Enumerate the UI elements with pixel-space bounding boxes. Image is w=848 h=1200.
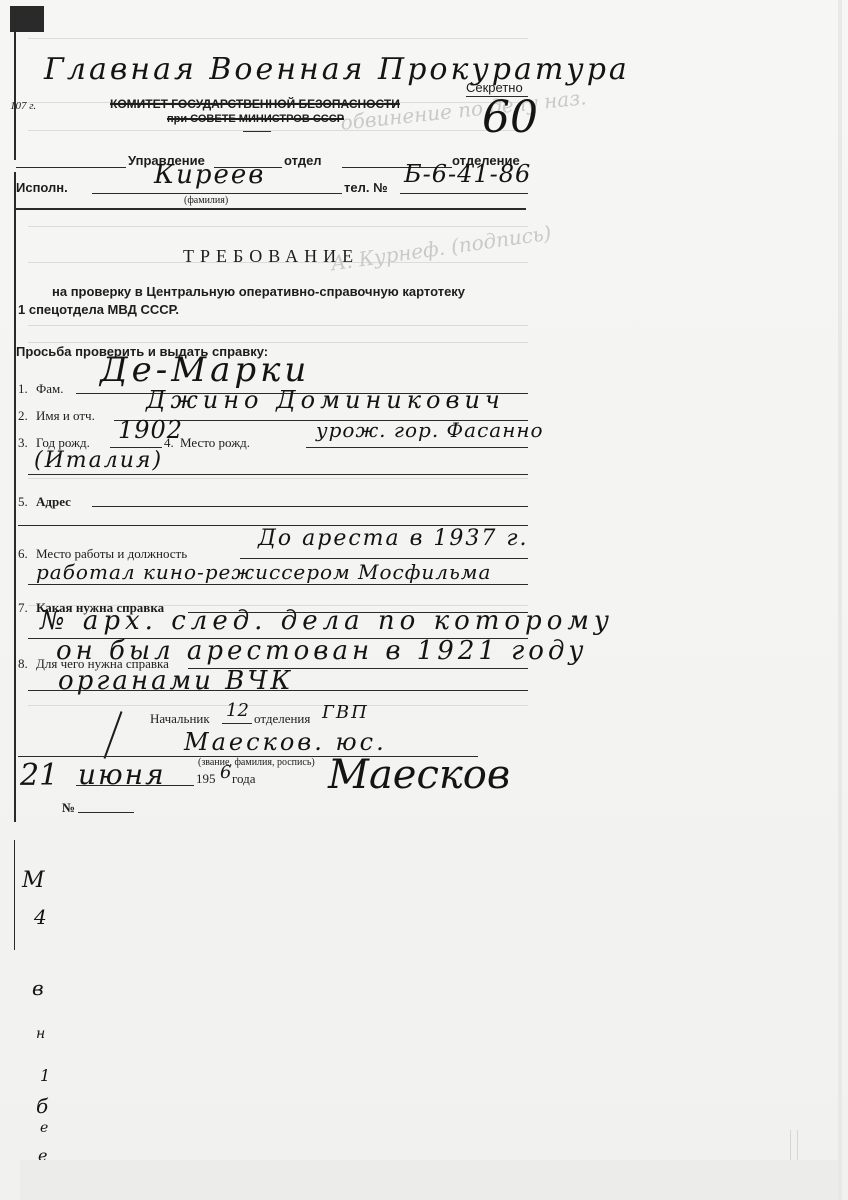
field-line — [92, 506, 528, 507]
margin-line — [14, 30, 16, 160]
number-label: № — [62, 800, 75, 816]
field-line — [306, 447, 528, 448]
margin-note: 1 — [40, 1066, 50, 1085]
margin-note: н — [36, 1026, 45, 1042]
bleed-through-text: А. Курнеф. (подпись) — [329, 221, 552, 276]
field-7-number: 7. — [18, 600, 28, 616]
field-4-value: урож. гор. Фасанно — [316, 418, 544, 442]
document-page: обвинение по делу наз. А. Курнеф. (подпи… — [0, 0, 848, 1200]
chief-number: 12 — [226, 700, 249, 721]
margin-note: 4 — [34, 905, 47, 929]
field-5-label: Адрес — [36, 494, 71, 510]
pen-stroke — [104, 711, 123, 759]
margin-note-top: 107 г. — [10, 100, 36, 112]
page-edge — [838, 0, 842, 1200]
date-year-prefix: 195 — [196, 771, 216, 787]
document-title: ТРЕБОВАНИЕ — [183, 246, 359, 267]
margin-note: М — [22, 868, 45, 893]
divider — [243, 131, 271, 132]
date-year-suffix: 6 — [220, 762, 231, 783]
date-year-label: года — [232, 771, 256, 787]
field-5-number: 5. — [18, 494, 28, 510]
corner-binding-mark — [10, 6, 44, 32]
margin-line — [14, 172, 16, 822]
field-8-value: органами ВЧК — [58, 666, 293, 696]
department-handwritten: ГВП — [322, 702, 369, 723]
handwritten-header: Главная Военная Прокуратура — [44, 52, 630, 87]
margin-line — [14, 840, 15, 950]
field-8-number: 8. — [18, 656, 28, 672]
field-line — [222, 723, 252, 724]
secret-number: 60 — [482, 92, 538, 143]
field-line — [240, 558, 528, 559]
field-6-number: 6. — [18, 546, 28, 562]
field-line — [28, 584, 528, 585]
executor-label: Исполн. — [16, 180, 68, 195]
field-7-value: № арх. след. дела по которому — [40, 606, 614, 636]
subtitle-line2: 1 спецотдела МВД СССР. — [18, 302, 179, 317]
field-2-number: 2. — [18, 408, 28, 424]
field-6-value-continued: работал кино-режиссером Мосфильма — [36, 560, 491, 584]
subtitle-line1: на проверку в Центральную оперативно-спр… — [52, 284, 465, 299]
otdel-label: отдел — [284, 153, 322, 168]
struck-org-line1: КОМИТЕТ ГОСУДАРСТВЕННОЙ БЕЗОПАСНОСТИ — [110, 97, 400, 111]
margin-note: е — [40, 1120, 48, 1136]
field-line — [16, 167, 126, 168]
field-6-value: До ареста в 1937 г. — [258, 526, 529, 551]
field-4-value-continued: (Италия) — [34, 448, 163, 473]
executor-name: Киреев — [154, 160, 265, 190]
field-line — [28, 690, 528, 691]
tel-label: тел. № — [344, 180, 388, 195]
field-line — [78, 812, 134, 813]
margin-note: б — [36, 1094, 48, 1118]
field-line — [76, 785, 194, 786]
field-4-label: Место рожд. — [180, 435, 250, 451]
field-2-value: Джино Доминикович — [146, 386, 505, 414]
chief-label: Начальник — [150, 711, 210, 727]
struck-org-line2: при СОВЕТЕ МИНИСТРОВ СССР — [167, 113, 344, 125]
department-label: отделения — [254, 711, 310, 727]
tel-value: Б-6-41-86 — [404, 160, 531, 188]
field-line — [92, 193, 342, 194]
executor-caption: (фамилия) — [184, 195, 228, 206]
field-1-number: 1. — [18, 381, 28, 397]
margin-note: в — [32, 976, 44, 1000]
field-4-number: 4. — [164, 435, 174, 451]
date-day: 21 — [20, 758, 58, 793]
field-2-label: Имя и отч. — [36, 408, 95, 424]
field-line — [400, 193, 528, 194]
signature-caption: (звание, фамилия, роспись) — [198, 757, 315, 768]
signature: Маесков — [328, 752, 510, 798]
field-1-value: Де-Марки — [100, 350, 310, 390]
field-3-number: 3. — [18, 435, 28, 451]
scan-shadow — [20, 1160, 840, 1200]
field-line — [28, 474, 528, 475]
field-1-label: Фам. — [36, 381, 64, 397]
scan-artifact — [790, 1130, 798, 1160]
header-divider — [16, 208, 526, 210]
date-month: июня — [78, 758, 166, 791]
